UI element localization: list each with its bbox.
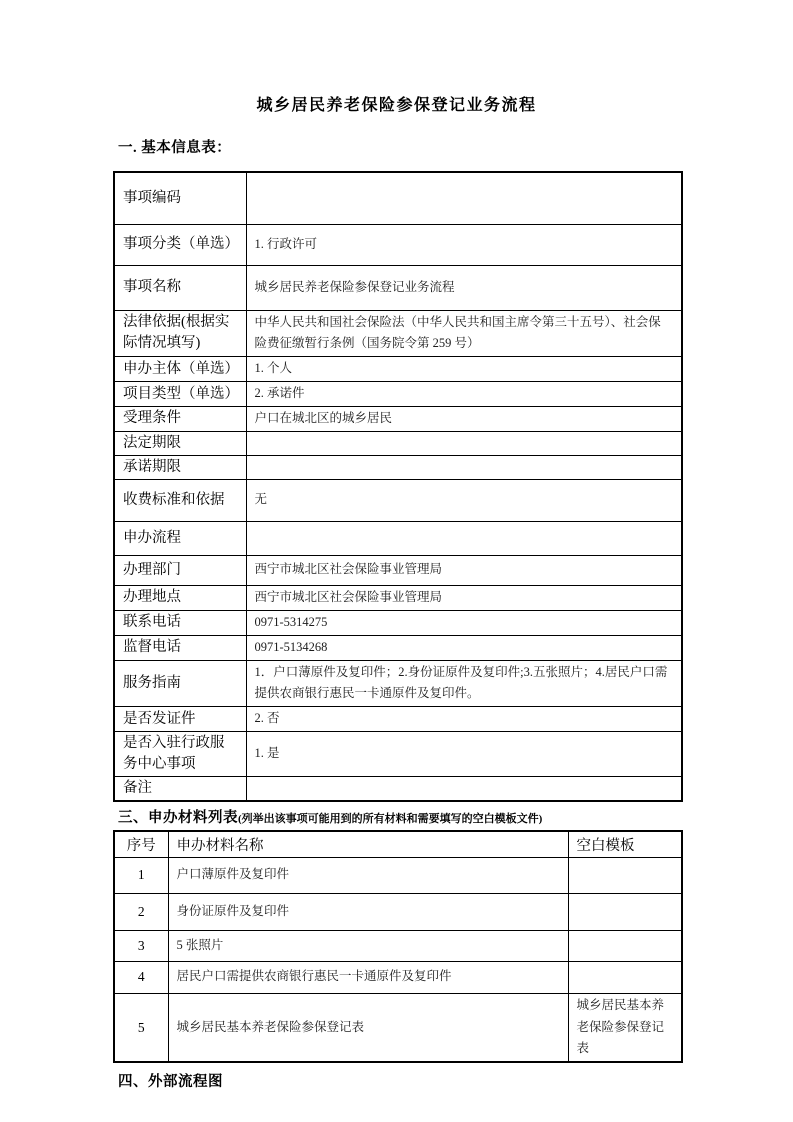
section-heading-materials: 三、申办材料列表(列举出该事项可能用到的所有材料和需要填写的空白模板文件) [118,806,793,827]
row-value: 2. 承诺件 [246,382,682,407]
row-label: 是否发证件 [114,707,246,732]
material-name: 城乡居民基本养老保险参保登记表 [168,993,568,1062]
table-row: 申办流程 [114,521,682,555]
table-row: 4 居民户口需提供农商银行惠民一卡通原件及复印件 [114,961,682,993]
table-header-row: 序号 申办材料名称 空白模板 [114,831,682,857]
table-row: 监督电话 0971-5134268 [114,635,682,660]
table-row: 收费标准和依据 无 [114,479,682,521]
basic-info-table: 事项编码 事项分类（单选） 1. 行政许可 事项名称 城乡居民养老保险参保登记业… [113,171,683,802]
row-value: 0971-5134268 [246,635,682,660]
table-row: 2 身份证原件及复印件 [114,893,682,930]
row-label: 备注 [114,777,246,802]
table-row: 是否入驻行政服务中心事项 1. 是 [114,732,682,777]
material-template [568,961,682,993]
material-index: 4 [114,961,168,993]
row-value: 中华人民共和国社会保险法（中华人民共和国主席令第三十五号）、社会保险费征缴暂行条… [246,310,682,357]
table-row: 办理地点 西宁市城北区社会保险事业管理局 [114,585,682,610]
material-name: 户口薄原件及复印件 [168,857,568,893]
row-label: 事项名称 [114,265,246,310]
material-template: 城乡居民基本养老保险参保登记表 [568,993,682,1062]
table-row: 是否发证件 2. 否 [114,707,682,732]
row-value: 户口在城北区的城乡居民 [246,407,682,432]
row-label: 事项分类（单选） [114,224,246,265]
material-name: 居民户口需提供农商银行惠民一卡通原件及复印件 [168,961,568,993]
row-value [246,172,682,224]
material-index: 2 [114,893,168,930]
material-name: 身份证原件及复印件 [168,893,568,930]
col-header-name: 申办材料名称 [168,831,568,857]
row-value: 西宁市城北区社会保险事业管理局 [246,555,682,585]
material-template [568,930,682,961]
material-name: 5 张照片 [168,930,568,961]
row-label: 是否入驻行政服务中心事项 [114,732,246,777]
section-heading-external-flowchart: 四、外部流程图 [118,1070,793,1091]
table-row: 项目类型（单选） 2. 承诺件 [114,382,682,407]
table-row: 法定期限 [114,431,682,455]
material-template [568,893,682,930]
row-value: 无 [246,479,682,521]
row-value [246,521,682,555]
table-row: 3 5 张照片 [114,930,682,961]
row-value: 1. 个人 [246,357,682,382]
material-index: 5 [114,993,168,1062]
row-label: 事项编码 [114,172,246,224]
table-row: 服务指南 1．户口薄原件及复印件；2.身份证原件及复印件;3.五张照片；4.居民… [114,660,682,707]
page-title: 城乡居民养老保险参保登记业务流程 [0,92,793,115]
table-row: 承诺期限 [114,455,682,479]
materials-table: 序号 申办材料名称 空白模板 1 户口薄原件及复印件 2 身份证原件及复印件 3… [113,830,683,1063]
section-heading-materials-note: (列举出该事项可能用到的所有材料和需要填写的空白模板文件) [238,813,542,825]
table-row: 办理部门 西宁市城北区社会保险事业管理局 [114,555,682,585]
table-row: 备注 [114,777,682,802]
row-label: 办理地点 [114,585,246,610]
row-value: 城乡居民养老保险参保登记业务流程 [246,265,682,310]
table-row: 法律依据(根据实际情况填写) 中华人民共和国社会保险法（中华人民共和国主席令第三… [114,310,682,357]
row-value: 1．户口薄原件及复印件；2.身份证原件及复印件;3.五张照片；4.居民户口需提供… [246,660,682,707]
table-row: 联系电话 0971-5314275 [114,610,682,635]
material-index: 3 [114,930,168,961]
table-row: 1 户口薄原件及复印件 [114,857,682,893]
row-label: 服务指南 [114,660,246,707]
row-label: 收费标准和依据 [114,479,246,521]
table-row: 受理条件 户口在城北区的城乡居民 [114,407,682,432]
document-page: 城乡居民养老保险参保登记业务流程 一. 基本信息表： 事项编码 事项分类（单选）… [0,0,793,1122]
row-label: 承诺期限 [114,455,246,479]
row-label: 联系电话 [114,610,246,635]
row-value [246,777,682,802]
row-label: 监督电话 [114,635,246,660]
row-label: 法定期限 [114,431,246,455]
section-heading-materials-text: 三、申办材料列表 [118,810,238,826]
row-label: 申办主体（单选） [114,357,246,382]
row-label: 项目类型（单选） [114,382,246,407]
col-header-template: 空白模板 [568,831,682,857]
row-value: 1. 行政许可 [246,224,682,265]
section-heading-basic-info: 一. 基本信息表： [118,136,793,157]
col-header-index: 序号 [114,831,168,857]
material-index: 1 [114,857,168,893]
table-row: 5 城乡居民基本养老保险参保登记表 城乡居民基本养老保险参保登记表 [114,993,682,1062]
row-value: 西宁市城北区社会保险事业管理局 [246,585,682,610]
table-row: 事项分类（单选） 1. 行政许可 [114,224,682,265]
row-value [246,431,682,455]
row-label: 受理条件 [114,407,246,432]
material-template [568,857,682,893]
row-label: 法律依据(根据实际情况填写) [114,310,246,357]
row-value [246,455,682,479]
table-row: 事项编码 [114,172,682,224]
row-label: 办理部门 [114,555,246,585]
row-value: 0971-5314275 [246,610,682,635]
row-value: 2. 否 [246,707,682,732]
row-value: 1. 是 [246,732,682,777]
table-row: 事项名称 城乡居民养老保险参保登记业务流程 [114,265,682,310]
table-row: 申办主体（单选） 1. 个人 [114,357,682,382]
row-label: 申办流程 [114,521,246,555]
